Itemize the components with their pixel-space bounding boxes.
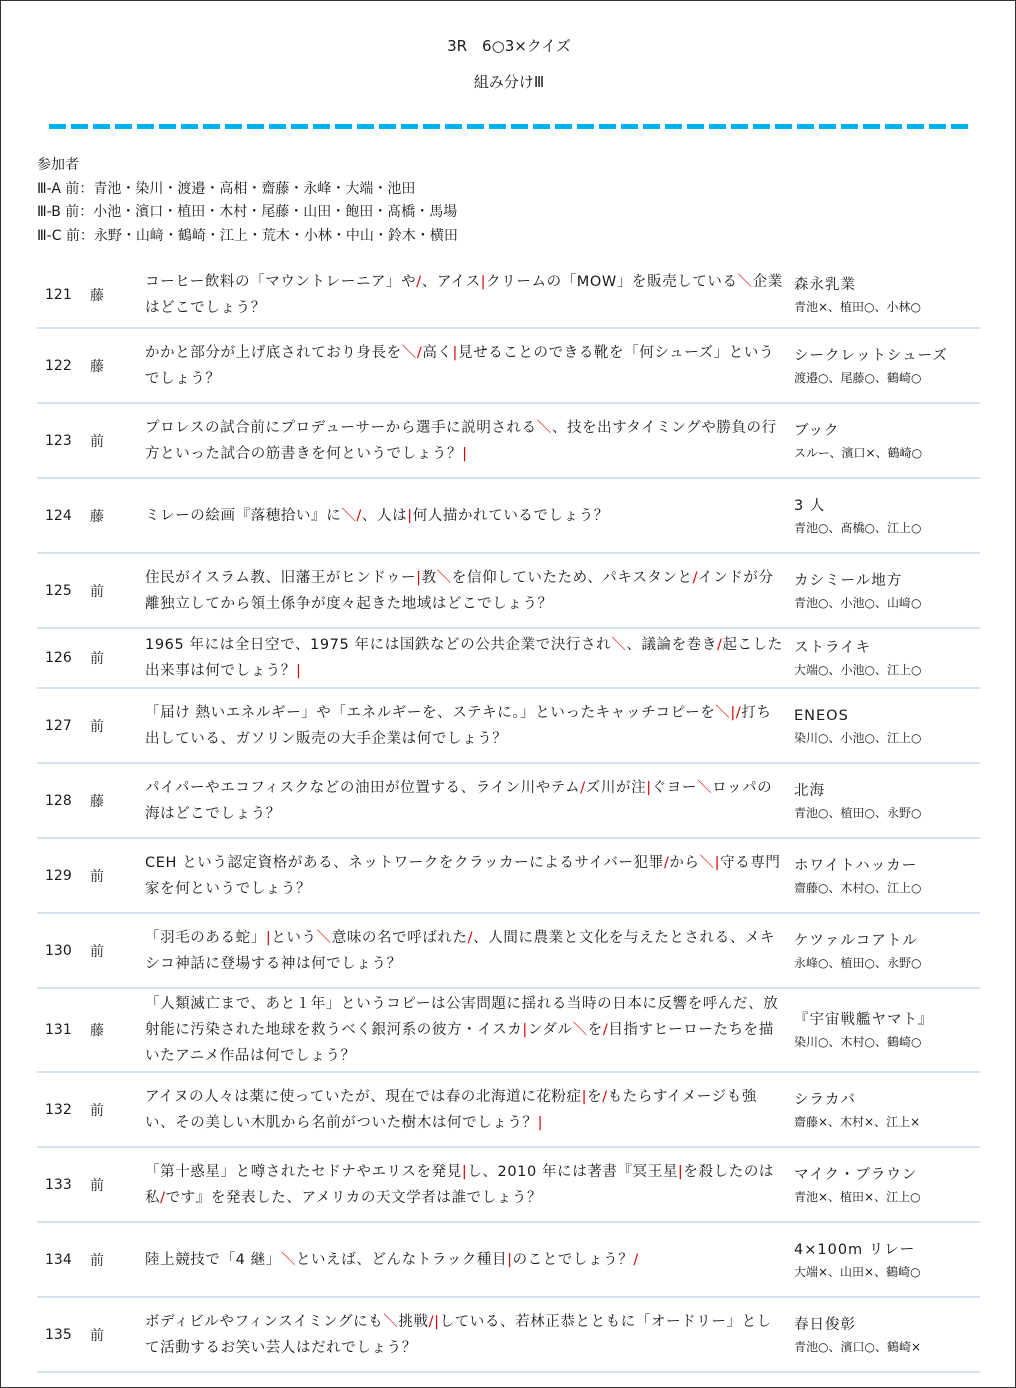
question-text-part: 、人は — [362, 508, 407, 524]
question-table: 121藤コーヒー飲料の「マウントレーニア」や/、アイス|クリームの「MOW」を販… — [37, 263, 980, 1373]
question-number: 129 — [37, 868, 90, 884]
answer-results: 青池○、髙橋○、江上○ — [794, 518, 980, 538]
question-text-part: アイヌの人々は薬に使っていたが、現在では春の北海道に花粉症 — [145, 1089, 582, 1105]
question-category: 前 — [90, 431, 145, 451]
answer-text: 春日俊彰 — [794, 1313, 980, 1337]
table-row: 132前アイヌの人々は薬に使っていたが、現在では春の北海道に花粉症|を/もたらす… — [37, 1073, 980, 1148]
answer-text: シークレットシューズ — [794, 344, 980, 368]
question-text-part: 挑戦 — [398, 1314, 428, 1330]
question-number: 125 — [37, 583, 90, 599]
answer-text: ストライキ — [794, 636, 980, 660]
answer-cell: 春日俊彰青池○、濱口○、鶴崎× — [785, 1313, 980, 1357]
question-text: 「羽毛のある蛇」|という＼意味の名で呼ばれた/、人間に農業と文化を与えたとされる… — [145, 919, 785, 983]
question-category: 前 — [90, 941, 145, 961]
question-text-part: 高く — [422, 345, 452, 361]
question-number: 133 — [37, 1177, 90, 1193]
question-text: かかと部分が上げ底されており身長を＼/高く|見せることのできる靴を「何シューズ」… — [145, 334, 785, 398]
backslash-marker: ＼ — [317, 930, 332, 946]
table-row: 128藤パイパーやエコフィスクなどの油田が位置する、ライン川やテム/ズ川が注|ぐ… — [37, 764, 980, 839]
question-text-part: のことでしょう？ — [513, 1252, 634, 1268]
question-category: 藤 — [90, 791, 145, 811]
question-category: 前 — [90, 866, 145, 886]
answer-results: 青池×、植田×、江上○ — [794, 1187, 980, 1207]
question-text-part: 1965 年には全日空で、1975 年には国鉄などの公共企業で決行され — [145, 637, 611, 653]
backslash-marker: ＼ — [437, 570, 452, 586]
backslash-marker: ＼ — [611, 637, 626, 653]
question-text-part: を — [587, 1089, 602, 1105]
answer-cell: マイク・ブラウン青池×、植田×、江上○ — [785, 1163, 980, 1207]
table-row: 129前CEH という認定資格がある、ネットワークをクラッカーによるサイバー犯罪… — [37, 839, 980, 914]
question-text: ボディビルやフィンスイミングにも＼挑戦/|している、若林正恭とともに「オードリー… — [145, 1303, 785, 1367]
answer-cell: ENEOS染川○、小池○、江上○ — [785, 704, 980, 748]
question-text: 「人類滅亡まで、あと１年」というコピーは公害問題に揺れる当時の日本に反響を呼んだ… — [145, 985, 785, 1075]
group-a: Ⅲ-A 前：青池・染川・渡邉・高相・齋藤・永峰・大端・池田 — [37, 178, 458, 202]
dashed-divider — [49, 124, 969, 129]
question-text: 「届け 熱いエネルギー」や「エネルギーを、ステキに。」といったキャッチコピーを＼… — [145, 694, 785, 758]
backslash-marker: ＼ — [402, 345, 417, 361]
answer-results: 永峰○、植田○、永野○ — [794, 953, 980, 973]
page-title: 3R 6○3×クイズ — [1, 35, 1016, 56]
backslash-marker: ＼ — [281, 1252, 296, 1268]
answer-text: 『宇宙戦艦ヤマト』 — [794, 1008, 980, 1032]
answer-text: ENEOS — [794, 704, 980, 728]
question-category: 藤 — [90, 506, 145, 526]
question-number: 127 — [37, 718, 90, 734]
question-number: 126 — [37, 650, 90, 666]
question-text-part: 、アイス — [422, 274, 481, 290]
answer-cell: 森永乳業青池×、植田○、小林○ — [785, 273, 980, 317]
question-text: 住民がイスラム教、旧藩王がヒンドゥー|教＼を信仰していたため、パキスタンと/イン… — [145, 559, 785, 623]
answer-text: 北海 — [794, 779, 980, 803]
question-text: 「第十惑星」と噂されたセドナやエリスを発見|し、2010 年には著書『冥王星|を… — [145, 1153, 785, 1217]
table-row: 135前ボディビルやフィンスイミングにも＼挑戦/|している、若林正恭とともに「オ… — [37, 1298, 980, 1373]
question-text-part: 何人描かれているでしょう？ — [413, 508, 609, 524]
answer-text: 4×100m リレー — [794, 1238, 980, 1262]
answer-cell: 3 人青池○、髙橋○、江上○ — [785, 494, 980, 538]
table-row: 123前プロレスの試合前にプロデューサーから選手に説明される＼、技を出すタイミン… — [37, 404, 980, 479]
question-category: 前 — [90, 1175, 145, 1195]
quiz-sheet: 3R 6○3×クイズ 組み分けⅢ 参加者 Ⅲ-A 前：青池・染川・渡邉・高相・齋… — [0, 0, 1016, 1388]
backslash-marker: ＼ — [697, 780, 712, 796]
backslash-marker: ＼ — [537, 420, 552, 436]
question-text-part: プロレスの試合前にプロデューサーから選手に説明される — [145, 420, 537, 436]
table-row: 121藤コーヒー飲料の「マウントレーニア」や/、アイス|クリームの「MOW」を販… — [37, 263, 980, 329]
question-text-part: かかと部分が上げ底されており身長を — [145, 345, 402, 361]
question-text-part: という — [271, 930, 316, 946]
question-category: 藤 — [90, 356, 145, 376]
question-text: アイヌの人々は薬に使っていたが、現在では春の北海道に花粉症|を/もたらすイメージ… — [145, 1078, 785, 1142]
question-text-part: ミレーの絵画『落穂拾い』に — [145, 508, 341, 524]
group-b: Ⅲ-B 前：小池・濱口・植田・木村・尾藤・山田・飽田・髙橋・馬場 — [37, 201, 458, 225]
question-text-part: 「第十惑星」と噂されたセドナやエリスを発見 — [145, 1164, 462, 1180]
participants-label: 参加者 — [37, 154, 458, 178]
answer-text: カシミール地方 — [794, 569, 980, 593]
answer-cell: 『宇宙戦艦ヤマト』染川○、木村○、鶴崎○ — [785, 1008, 980, 1052]
answer-results: 青池×、植田○、小林○ — [794, 297, 980, 317]
answer-results: 大端○、小池○、江上○ — [794, 660, 980, 680]
question-number: 128 — [37, 793, 90, 809]
question-text: CEH という認定資格がある、ネットワークをクラッカーによるサイバー犯罪/から＼… — [145, 844, 785, 908]
question-text-part: コーヒー飲料の「マウントレーニア」や — [145, 274, 416, 290]
question-category: 前 — [90, 1100, 145, 1120]
question-text: コーヒー飲料の「マウントレーニア」や/、アイス|クリームの「MOW」を販売してい… — [145, 263, 785, 327]
answer-results: 青池○、植田○、永野○ — [794, 803, 980, 823]
answer-text: ホワイトハッカー — [794, 854, 980, 878]
question-category: 前 — [90, 581, 145, 601]
question-text-part: パイパーやエコフィスクなどの油田が位置する、ライン川やテム — [145, 780, 580, 796]
question-text-part: CEH という認定資格がある、ネットワークをクラッカーによるサイバー犯罪 — [145, 855, 664, 871]
question-text-part: ぐヨー — [652, 780, 697, 796]
table-row: 124藤ミレーの絵画『落穂拾い』に＼/、人は|何人描かれているでしょう？3 人青… — [37, 479, 980, 554]
question-text-part: 陸上競技で「4 継」 — [145, 1252, 281, 1268]
question-text-part: を — [588, 1022, 603, 1038]
question-category: 藤 — [90, 285, 145, 305]
question-text-part: 、議論を巻き — [626, 637, 717, 653]
question-category: 前 — [90, 648, 145, 668]
question-text-part: し、2010 年には著書『冥王星 — [467, 1164, 678, 1180]
table-row: 122藤かかと部分が上げ底されており身長を＼/高く|見せることのできる靴を「何シ… — [37, 329, 980, 404]
question-number: 132 — [37, 1102, 90, 1118]
answer-results: 青池○、小池○、山﨑○ — [794, 593, 980, 613]
answer-results: 渡邉○、尾藤○、鶴崎○ — [794, 368, 980, 388]
page-subtitle: 組み分けⅢ — [1, 71, 1016, 92]
question-text-part: 住民がイスラム教、旧藩王がヒンドゥー — [145, 570, 416, 586]
question-text-part: クリームの「MOW」を販売している — [486, 274, 737, 290]
backslash-marker: ＼ — [341, 508, 356, 524]
answer-cell: シラカバ齋藤×、木村×、江上× — [785, 1088, 980, 1132]
table-row: 125前住民がイスラム教、旧藩王がヒンドゥー|教＼を信仰していたため、パキスタン… — [37, 554, 980, 629]
question-text-part: です』を発表した、アメリカの天文学者は誰でしょう？ — [166, 1190, 542, 1206]
answer-cell: ブックスルー、濱口×、鶴崎○ — [785, 419, 980, 463]
question-number: 131 — [37, 1022, 90, 1038]
answer-text: 3 人 — [794, 494, 980, 518]
backslash-marker: ＼ — [738, 274, 753, 290]
question-number: 122 — [37, 358, 90, 374]
question-text-part: を信仰していたため、パキスタンと — [452, 570, 693, 586]
question-number: 135 — [37, 1327, 90, 1343]
answer-text: ブック — [794, 419, 980, 443]
answer-cell: ケツァルコアトル永峰○、植田○、永野○ — [785, 929, 980, 973]
answer-cell: ホワイトハッカー齋藤○、木村○、江上○ — [785, 854, 980, 898]
bar-marker: | — [538, 1115, 544, 1131]
question-number: 130 — [37, 943, 90, 959]
question-number: 124 — [37, 508, 90, 524]
question-text-part: といえば、どんなトラック種目 — [296, 1252, 507, 1268]
backslash-marker: ＼ — [700, 855, 715, 871]
answer-results: スルー、濱口×、鶴崎○ — [794, 443, 980, 463]
answer-cell: シークレットシューズ渡邉○、尾藤○、鶴崎○ — [785, 344, 980, 388]
answer-text: 森永乳業 — [794, 273, 980, 297]
answer-results: 齋藤×、木村×、江上× — [794, 1112, 980, 1132]
question-text-part: ズ川が注 — [586, 780, 646, 796]
answer-text: シラカバ — [794, 1088, 980, 1112]
answer-cell: ストライキ大端○、小池○、江上○ — [785, 636, 980, 680]
question-number: 121 — [37, 287, 90, 303]
question-text-part: 「羽毛のある蛇」 — [145, 930, 266, 946]
answer-results: 齋藤○、木村○、江上○ — [794, 878, 980, 898]
bar-marker: | — [296, 663, 302, 679]
question-text-part: 意味の名で呼ばれた — [332, 930, 468, 946]
question-text-part: から — [669, 855, 699, 871]
question-number: 123 — [37, 433, 90, 449]
table-row: 126前1965 年には全日空で、1975 年には国鉄などの公共企業で決行され＼… — [37, 629, 980, 689]
question-text-part: 「届け 熱いエネルギー」や「エネルギーを、ステキに。」といったキャッチコピーを — [145, 705, 715, 721]
backslash-marker: ＼ — [383, 1314, 398, 1330]
question-category: 前 — [90, 1250, 145, 1270]
answer-cell: 北海青池○、植田○、永野○ — [785, 779, 980, 823]
group-c: Ⅲ-C 前：永野・山﨑・鶴崎・江上・荒木・小林・中山・鈴木・横田 — [37, 225, 458, 249]
answer-results: 大端×、山田×、鶴崎○ — [794, 1262, 980, 1282]
slash-marker: / — [633, 1252, 639, 1268]
question-category: 前 — [90, 1325, 145, 1345]
question-text-part: ボディビルやフィンスイミングにも — [145, 1314, 383, 1330]
backslash-marker: ＼ — [573, 1022, 588, 1038]
question-text-part: ンダル — [528, 1022, 573, 1038]
table-row: 133前「第十惑星」と噂されたセドナやエリスを発見|し、2010 年には著書『冥… — [37, 1148, 980, 1223]
question-text: 陸上競技で「4 継」＼といえば、どんなトラック種目|のことでしょう？/ — [145, 1241, 785, 1279]
question-text: 1965 年には全日空で、1975 年には国鉄などの公共企業で決行され＼、議論を… — [145, 626, 785, 690]
table-row: 131藤「人類滅亡まで、あと１年」というコピーは公害問題に揺れる当時の日本に反響… — [37, 989, 980, 1073]
answer-text: ケツァルコアトル — [794, 929, 980, 953]
answer-results: 染川○、小池○、江上○ — [794, 728, 980, 748]
answer-cell: 4×100m リレー大端×、山田×、鶴崎○ — [785, 1238, 980, 1282]
question-text: プロレスの試合前にプロデューサーから選手に説明される＼、技を出すタイミングや勝負… — [145, 409, 785, 473]
question-number: 134 — [37, 1252, 90, 1268]
answer-cell: カシミール地方青池○、小池○、山﨑○ — [785, 569, 980, 613]
participants-section: 参加者 Ⅲ-A 前：青池・染川・渡邉・高相・齋藤・永峰・大端・池田 Ⅲ-B 前：… — [37, 154, 458, 248]
question-text: パイパーやエコフィスクなどの油田が位置する、ライン川やテム/ズ川が注|ぐヨー＼ロ… — [145, 769, 785, 833]
table-row: 130前「羽毛のある蛇」|という＼意味の名で呼ばれた/、人間に農業と文化を与えた… — [37, 914, 980, 989]
bar-marker: | — [462, 446, 468, 462]
answer-results: 青池○、濱口○、鶴崎× — [794, 1337, 980, 1357]
table-row: 127前「届け 熱いエネルギー」や「エネルギーを、ステキに。」といったキャッチコ… — [37, 689, 980, 764]
question-text-part: 教 — [422, 570, 437, 586]
question-category: 前 — [90, 716, 145, 736]
answer-results: 染川○、木村○、鶴崎○ — [794, 1032, 980, 1052]
table-row: 134前陸上競技で「4 継」＼といえば、どんなトラック種目|のことでしょう？/4… — [37, 1223, 980, 1298]
question-text: ミレーの絵画『落穂拾い』に＼/、人は|何人描かれているでしょう？ — [145, 497, 785, 535]
answer-text: マイク・ブラウン — [794, 1163, 980, 1187]
question-category: 藤 — [90, 1020, 145, 1040]
backslash-marker: ＼ — [715, 705, 730, 721]
